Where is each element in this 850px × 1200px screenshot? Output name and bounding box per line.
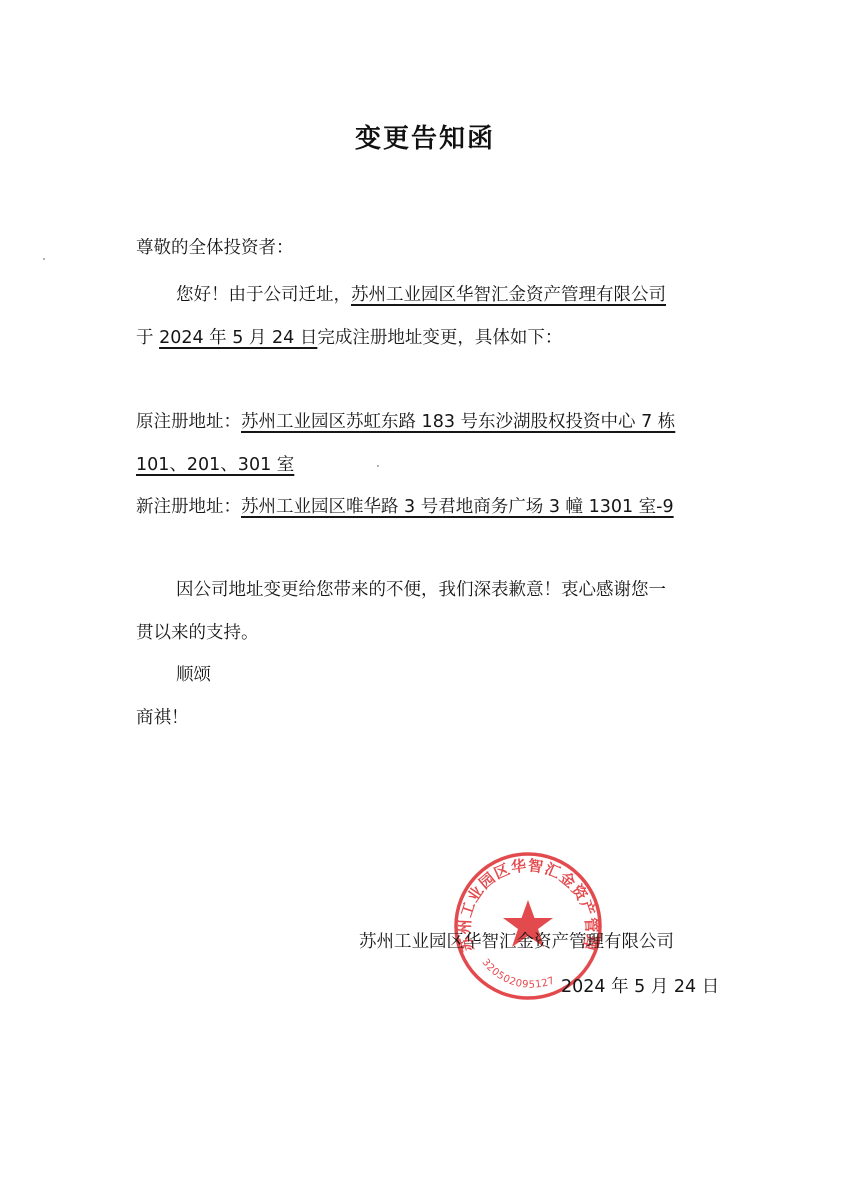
stamp-code-text: 320502095127 xyxy=(480,957,557,991)
svg-text:320502095127: 320502095127 xyxy=(480,957,557,991)
intro-line-2: 于 2024 年 5 月 24 日完成注册地址变更，具体如下： xyxy=(136,326,562,350)
salutation: 尊敬的全体投资者： xyxy=(136,236,294,260)
intro-line-1: 您好！由于公司迁址，苏州工业园区华智汇金资产管理有限公司 xyxy=(176,283,666,307)
scan-speck xyxy=(377,465,379,467)
signature-date: 2024 年 5 月 24 日 xyxy=(561,973,719,998)
old-address-value-cont: 101、201、301 室 xyxy=(136,455,294,475)
closing-2: 商祺！ xyxy=(136,706,189,730)
signature-company: 苏州工业园区华智汇金资产管理有限公司 xyxy=(359,928,674,953)
scan-speck xyxy=(43,258,45,260)
intro-line2-prefix: 于 xyxy=(136,328,159,348)
old-address-label: 原注册地址： xyxy=(136,412,241,432)
change-date-underlined: 2024 年 5 月 24 日 xyxy=(159,328,317,348)
new-address-value: 苏州工业园区唯华路 3 号君地商务广场 3 幢 1301 室-9 xyxy=(241,497,674,517)
intro-line2-suffix: 完成注册地址变更，具体如下： xyxy=(317,328,562,348)
new-address-label: 新注册地址： xyxy=(136,497,241,517)
company-name-underlined: 苏州工业园区华智汇金资产管理有限公司 xyxy=(351,285,666,305)
old-address-value: 苏州工业园区苏虹东路 183 号东沙湖股权投资中心 7 栋 xyxy=(241,412,675,432)
old-address-line-2: 101、201、301 室 xyxy=(136,453,294,477)
document-page: 变更告知函 尊敬的全体投资者： 您好！由于公司迁址，苏州工业园区华智汇金资产管理… xyxy=(0,0,850,1200)
apology-line-1: 因公司地址变更给您带来的不便，我们深表歉意！衷心感谢您一 xyxy=(176,578,666,602)
old-address-line-1: 原注册地址：苏州工业园区苏虹东路 183 号东沙湖股权投资中心 7 栋 xyxy=(136,410,675,434)
document-title: 变更告知函 xyxy=(0,118,850,155)
new-address-line: 新注册地址：苏州工业园区唯华路 3 号君地商务广场 3 幢 1301 室-9 xyxy=(136,495,674,519)
intro-prefix: 您好！由于公司迁址， xyxy=(176,285,351,305)
apology-line-2: 贯以来的支持。 xyxy=(136,621,259,645)
closing-1: 顺颂 xyxy=(176,663,211,687)
